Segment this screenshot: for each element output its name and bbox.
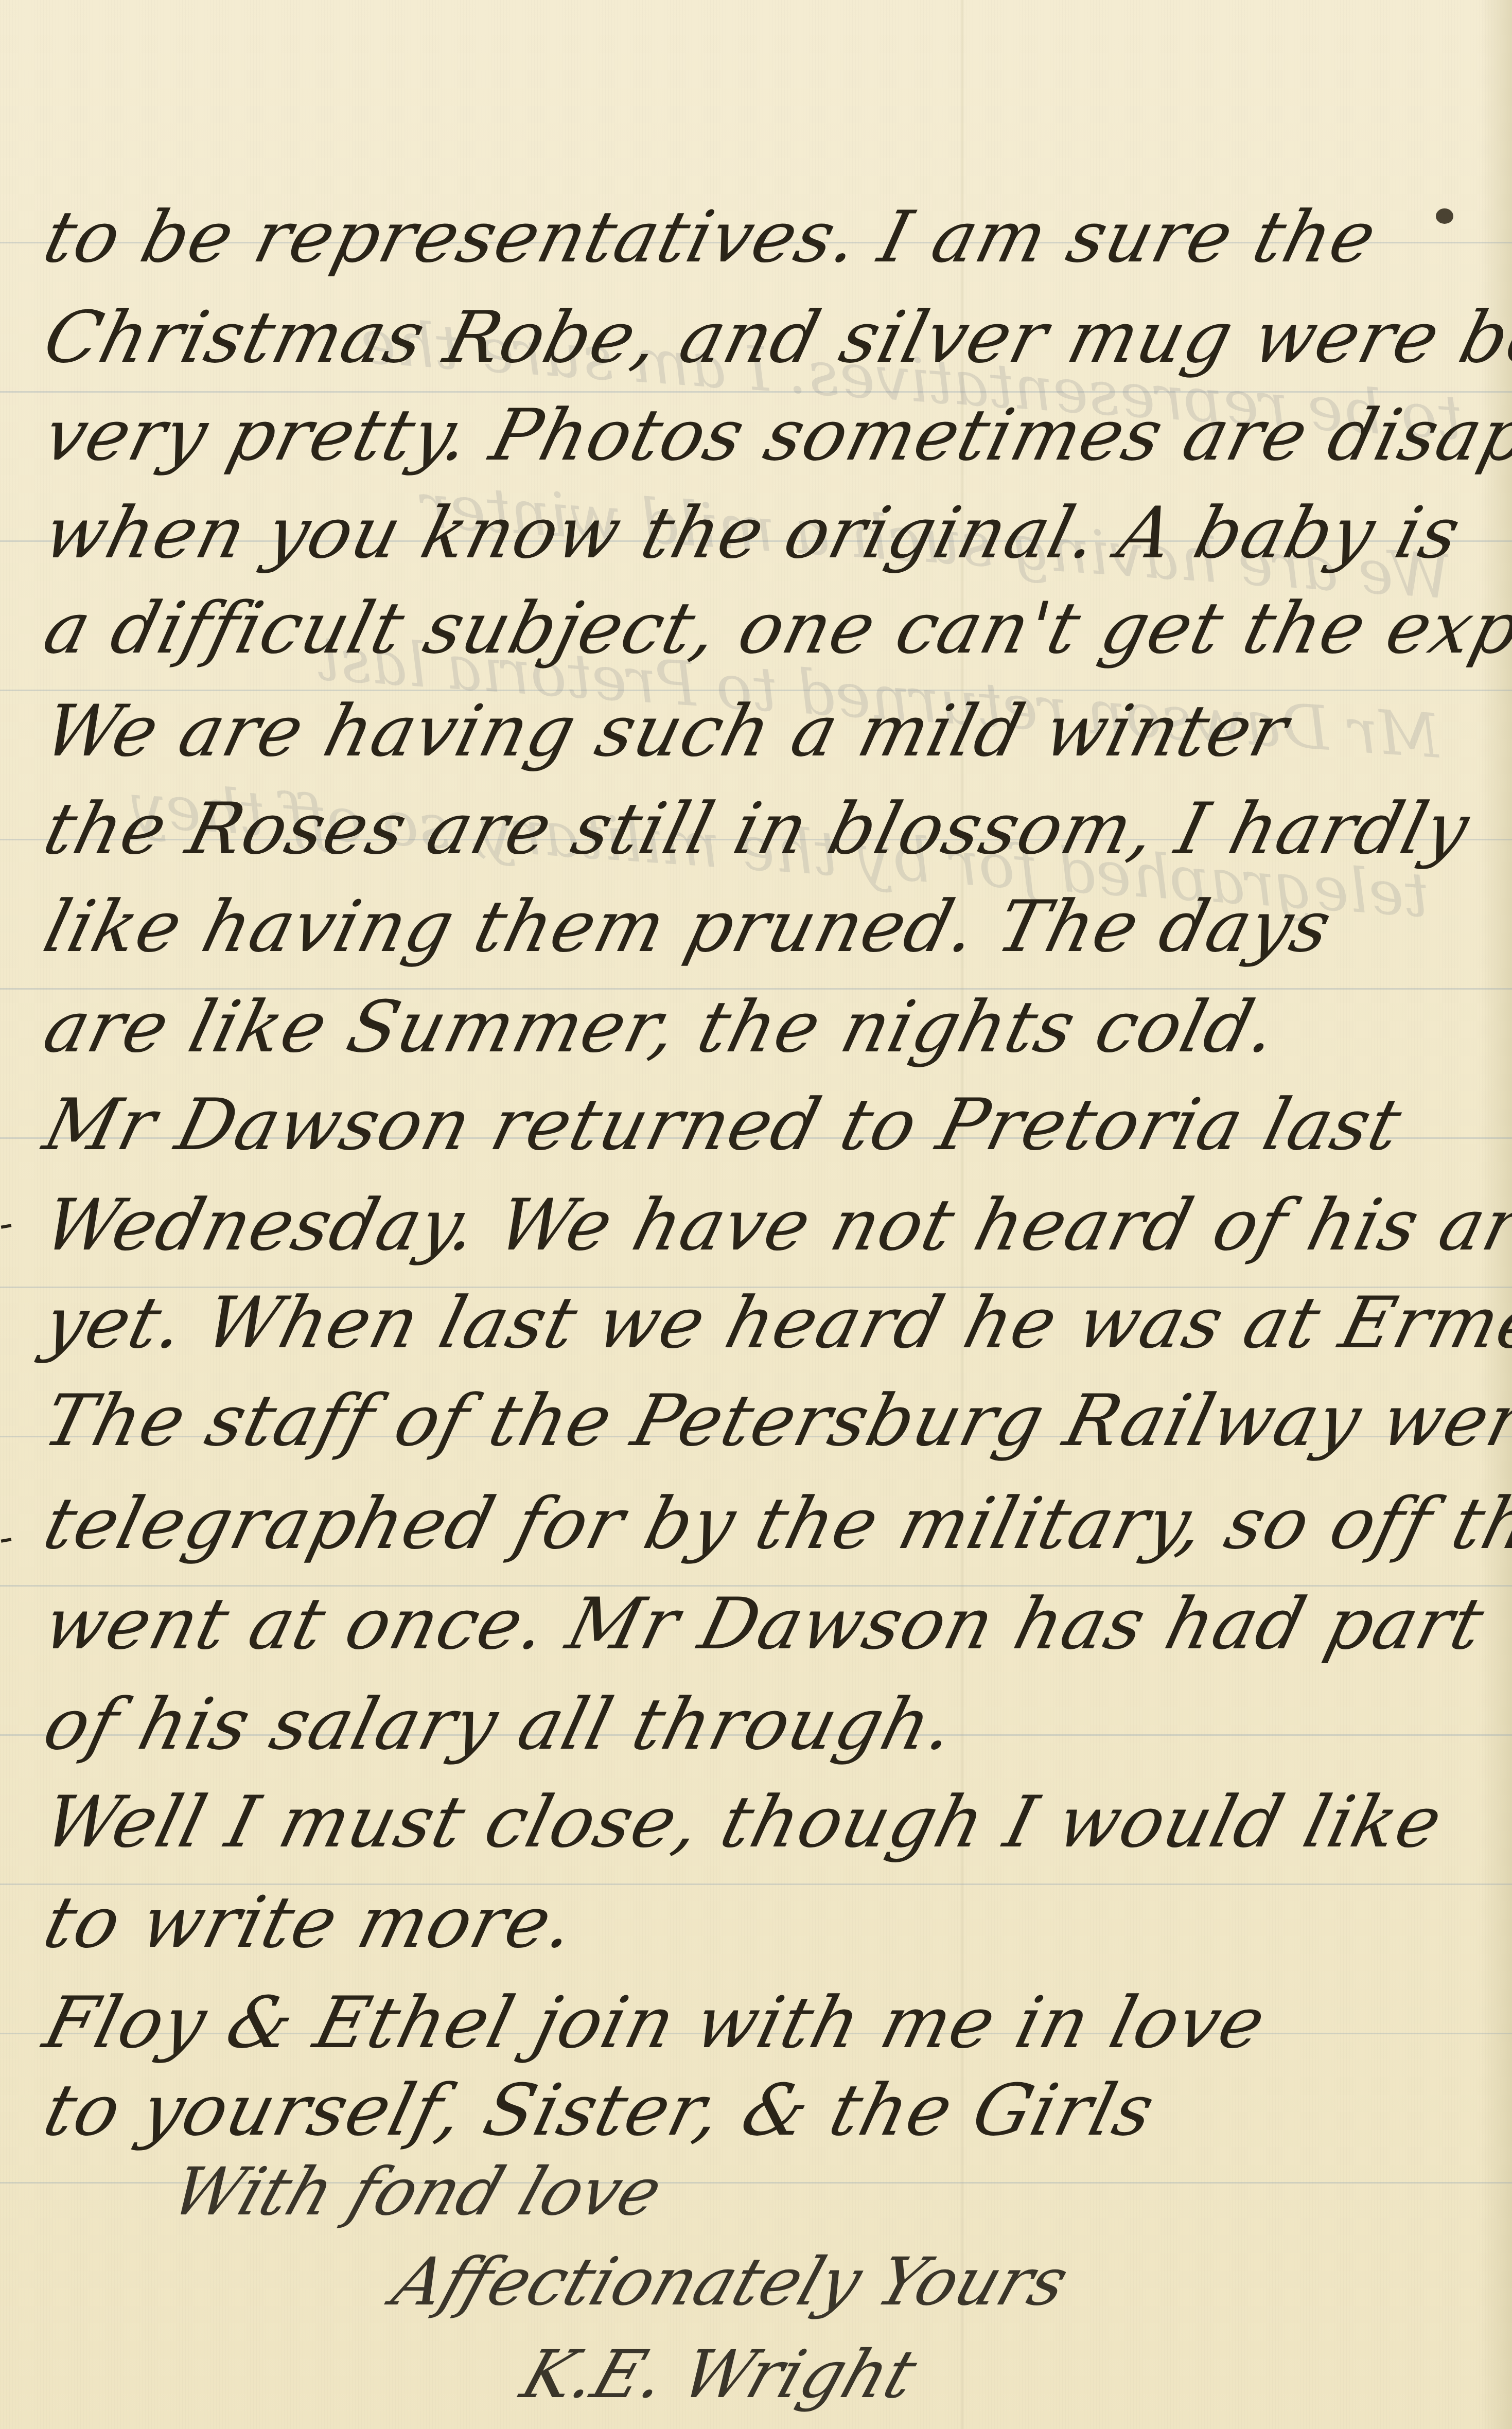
letter-line: telegraphed for by the military, so off … bbox=[36, 1482, 1512, 1565]
letter-line: are like Summer, the nights cold. bbox=[36, 985, 1287, 1068]
margin-mark bbox=[1, 1538, 12, 1542]
ink-blot bbox=[1436, 208, 1453, 224]
letter-line: like having them pruned. The days bbox=[36, 885, 1340, 968]
letter-line: yet. When last we heard he was at Ermelo… bbox=[36, 1281, 1512, 1364]
ruled-line bbox=[0, 391, 1512, 393]
letter-line: Well I must close, though I would like bbox=[36, 1781, 1451, 1863]
closing-salutation: With fond love bbox=[163, 2154, 672, 2230]
letter-line: Mr Dawson returned to Pretoria last bbox=[36, 1083, 1410, 1166]
letter-line: Christmas Robe, and silver mug were both bbox=[36, 296, 1512, 379]
letter-line: the Roses are still in blossom, I hardly bbox=[36, 787, 1478, 870]
letter-line: Floy & Ethel join with me in love bbox=[36, 1981, 1274, 2064]
letter-line: to be representatives. I am sure the bbox=[36, 196, 1385, 278]
signature: K.E. Wright bbox=[513, 2336, 926, 2413]
letter-line: went at once. Mr Dawson has had part bbox=[36, 1582, 1492, 1665]
letter-line: Wednesday. We have not heard of his arri… bbox=[36, 1184, 1512, 1266]
letter-line: to yourself, Sister, & the Girls bbox=[36, 2069, 1163, 2152]
letter-line: We are having such a mild winter bbox=[36, 690, 1297, 772]
letter-line: to write more. bbox=[36, 1881, 584, 1964]
margin-mark bbox=[1, 1224, 12, 1228]
letter-line: a difficult subject, one can't get the e… bbox=[36, 587, 1512, 670]
letter-line: The staff of the Petersburg Railway were bbox=[36, 1379, 1512, 1462]
closing-valediction: Affectionately Yours bbox=[384, 2244, 1078, 2320]
letter-line: of his salary all through. bbox=[36, 1683, 964, 1766]
letter-line: when you know the original. A baby is bbox=[36, 491, 1469, 574]
letter-line: very pretty. Photos sometimes are disapp… bbox=[36, 394, 1512, 477]
letter-page: to be representatives. I am sure the We … bbox=[0, 0, 1512, 2429]
